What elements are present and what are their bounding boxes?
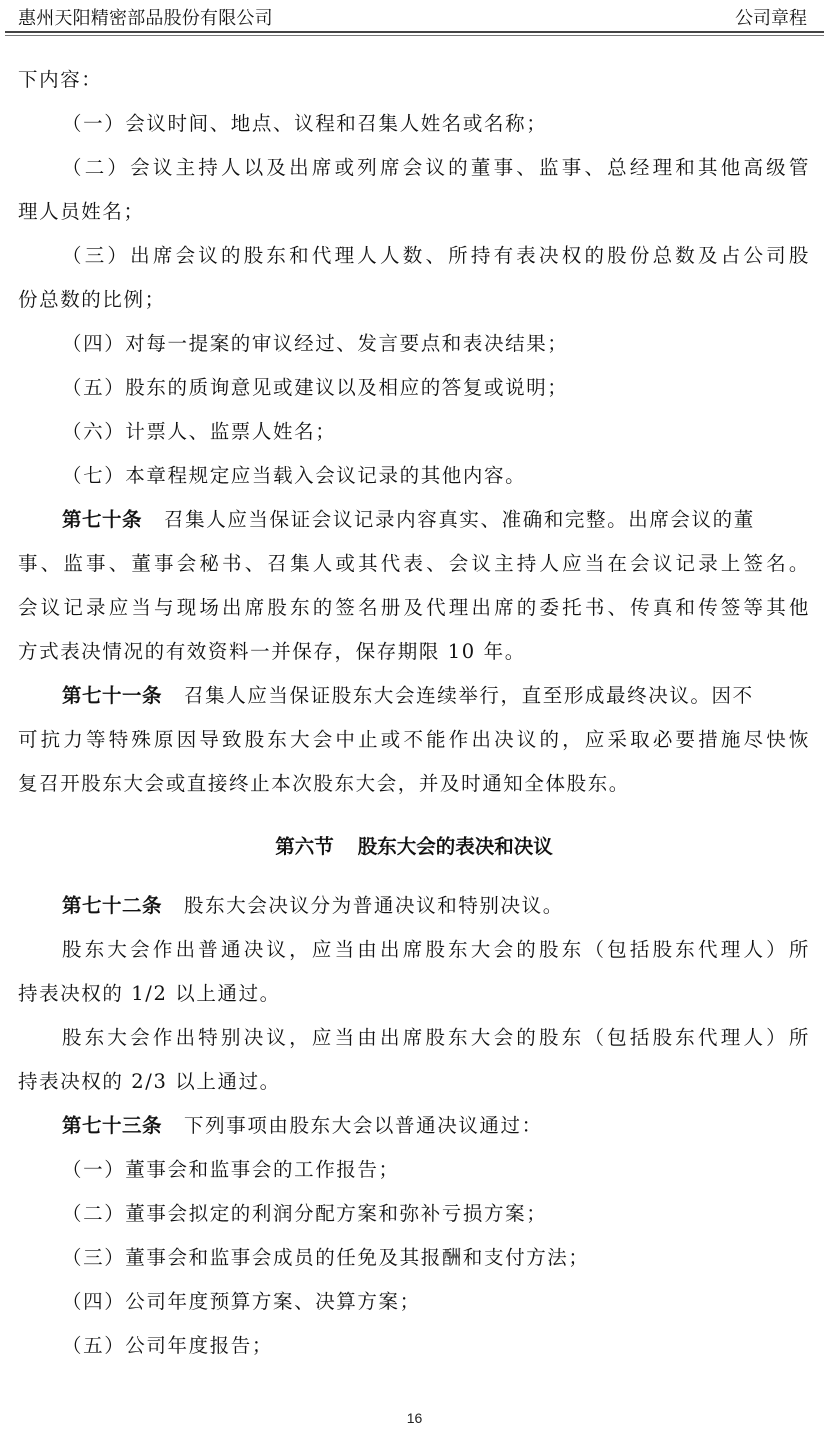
header-divider-thin [5,35,824,36]
article-title: 第七十二条 [62,894,162,917]
article-72: 第七十二条股东大会决议分为普通决议和特别决议。 [18,888,810,932]
list-item-continuation: 理人员姓名； [18,194,810,238]
list-item: （五）股东的质询意见或建议以及相应的答复或说明； [18,370,810,414]
article-text: 方式表决情况的有效资料一并保存，保存期限 10 年。 [18,634,810,678]
article-title: 第七十一条 [62,684,162,707]
article-73: 第七十三条下列事项由股东大会以普通决议通过： [18,1108,810,1152]
article-70: 第七十条召集人应当保证会议记录内容真实、准确和完整。出席会议的董 [18,502,810,546]
list-item: （五）公司年度报告； [18,1328,810,1372]
paragraph: 股东大会作出普通决议，应当由出席股东大会的股东（包括股东代理人）所 [18,932,810,976]
paragraph: 股东大会作出特别决议，应当由出席股东大会的股东（包括股东代理人）所 [18,1020,810,1064]
list-item: （二）董事会拟定的利润分配方案和弥补亏损方案； [18,1196,810,1240]
header-divider [5,31,824,33]
list-item: （二）会议主持人以及出席或列席会议的董事、监事、总经理和其他高级管 [18,150,810,194]
section-heading: 第六节股东大会的表决和决议 [18,824,810,888]
article-71: 第七十一条召集人应当保证股东大会连续举行，直至形成最终决议。因不 [18,678,810,722]
article-text: 召集人应当保证股东大会连续举行，直至形成最终决议。因不 [184,684,754,707]
article-text: 会议记录应当与现场出席股东的签名册及代理出席的委托书、传真和传签等其他 [18,590,810,634]
list-item: （六）计票人、监票人姓名； [18,414,810,458]
article-text: 股东大会决议分为普通决议和特别决议。 [184,894,564,917]
document-type: 公司章程 [735,4,807,30]
article-text: 可抗力等特殊原因导致股东大会中止或不能作出决议的，应采取必要措施尽快恢 [18,722,810,766]
article-text: 召集人应当保证会议记录内容真实、准确和完整。出席会议的董 [164,508,755,531]
article-title: 第七十条 [62,508,142,531]
list-item: （三）出席会议的股东和代理人人数、所持有表决权的股份总数及占公司股 [18,238,810,282]
article-text: 复召开股东大会或直接终止本次股东大会，并及时通知全体股东。 [18,766,810,810]
section-number: 第六节 [275,835,334,858]
document-body: 下内容： （一）会议时间、地点、议程和召集人姓名或名称； （二）会议主持人以及出… [18,62,810,1372]
list-item: （四）对每一提案的审议经过、发言要点和表决结果； [18,326,810,370]
paragraph-continuation: 下内容： [18,62,810,106]
page-number: 16 [0,1410,829,1426]
list-item-continuation: 份总数的比例； [18,282,810,326]
article-text: 事、监事、董事会秘书、召集人或其代表、会议主持人应当在会议记录上签名。 [18,546,810,590]
list-item: （四）公司年度预算方案、决算方案； [18,1284,810,1328]
list-item: （三）董事会和监事会成员的任免及其报酬和支付方法； [18,1240,810,1284]
list-item: （七）本章程规定应当载入会议记录的其他内容。 [18,458,810,502]
article-title: 第七十三条 [62,1114,162,1137]
paragraph-continuation: 持表决权的 1/2 以上通过。 [18,976,810,1020]
article-text: 下列事项由股东大会以普通决议通过： [184,1114,543,1137]
list-item: （一）会议时间、地点、议程和召集人姓名或名称； [18,106,810,150]
paragraph-continuation: 持表决权的 2/3 以上通过。 [18,1064,810,1108]
list-item: （一）董事会和监事会的工作报告； [18,1152,810,1196]
company-name: 惠州天阳精密部品股份有限公司 [18,4,273,30]
section-title: 股东大会的表决和决议 [358,835,553,858]
page-header: 惠州天阳精密部品股份有限公司 公司章程 [18,4,807,26]
